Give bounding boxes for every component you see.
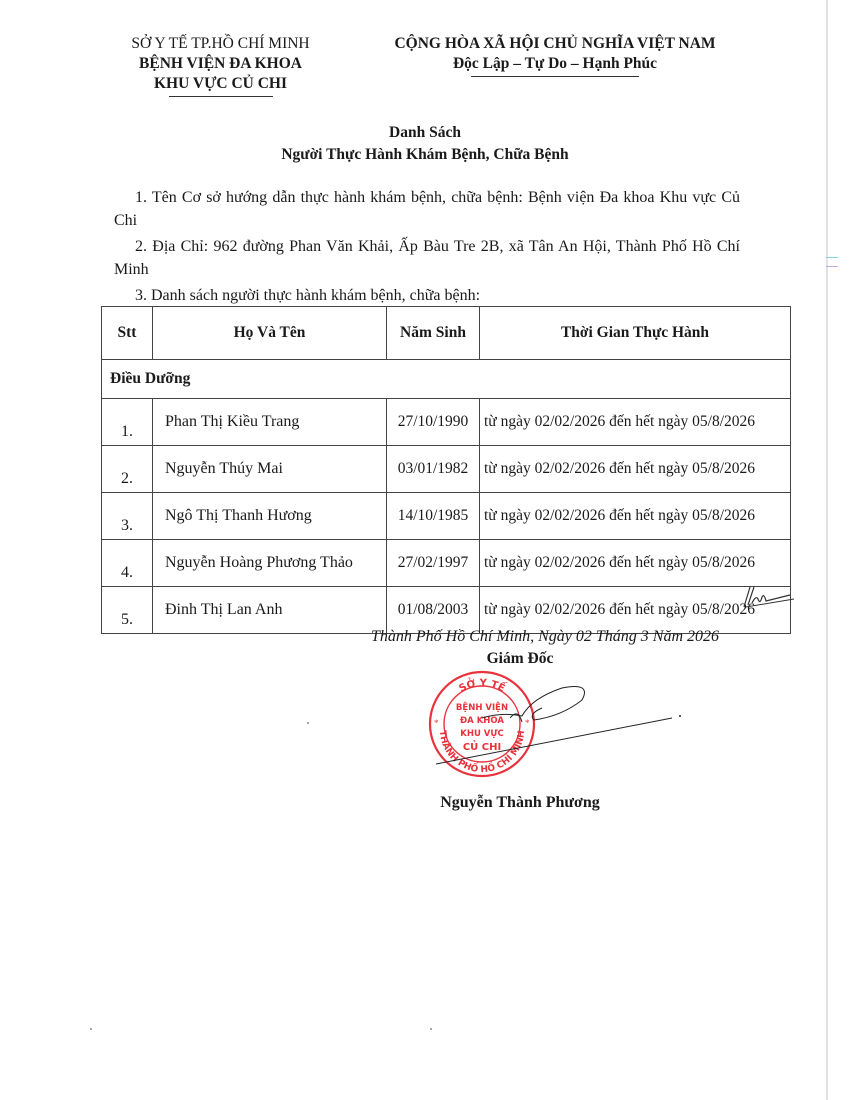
practitioner-table: Stt Họ Và Tên Năm Sinh Thời Gian Thực Hà…: [101, 306, 791, 634]
table-row: 5.Đinh Thị Lan Anh01/08/2003từ ngày 02/0…: [102, 587, 791, 634]
row-stt: 5.: [102, 587, 153, 634]
agency-name-1: BỆNH VIỆN ĐA KHOA: [108, 54, 333, 74]
row-name: Ngô Thị Thanh Hương: [153, 493, 387, 540]
item-3: 3. Danh sách người thực hành khám bệnh, …: [114, 284, 740, 307]
row-name: Nguyễn Hoàng Phương Thảo: [153, 540, 387, 587]
agency-name-2: KHU VỰC CỦ CHI: [108, 74, 333, 94]
svg-text:BỆNH VIỆN: BỆNH VIỆN: [456, 702, 508, 713]
item-number: 2.: [114, 238, 147, 255]
item-2: 2. Địa Chỉ: 962 đường Phan Văn Khải, Ấp …: [114, 235, 740, 281]
motto-underline: [471, 76, 639, 77]
row-stt: 3.: [102, 493, 153, 540]
national-title: CỘNG HÒA XÃ HỘI CHỦ NGHĨA VIỆT NAM: [350, 34, 760, 54]
row-dob: 27/02/1997: [387, 540, 480, 587]
title-line-1: Danh Sách: [100, 122, 750, 144]
table-header-row: Stt Họ Và Tên Năm Sinh Thời Gian Thực Hà…: [102, 307, 791, 360]
table-row: 3.Ngô Thị Thanh Hương14/10/1985từ ngày 0…: [102, 493, 791, 540]
scan-mark: [826, 266, 838, 267]
group-label: Điều Dưỡng: [102, 360, 791, 399]
official-seal: SỞ Y TẾ THÀNH PHỐ HỒ CHÍ MINH BỆNH VIỆN …: [422, 668, 692, 788]
item-1: 1. Tên Cơ sở hướng dẫn thực hành khám bệ…: [114, 186, 740, 232]
item-number: 3.: [114, 287, 147, 304]
signer-name: Nguyễn Thành Phương: [400, 794, 640, 812]
row-stt: 4.: [102, 540, 153, 587]
row-dob: 27/10/1990: [387, 399, 480, 446]
row-dob: 03/01/1982: [387, 446, 480, 493]
item-text: Danh sách người thực hành khám bệnh, chữ…: [151, 287, 480, 304]
initials-mark: [738, 583, 798, 611]
scan-speck: [307, 722, 309, 724]
place-date: Thành Phố Hồ Chí Minh, Ngày 02 Tháng 3 N…: [340, 628, 750, 646]
row-time: từ ngày 02/02/2026 đến hết ngày 05/8/202…: [480, 540, 791, 587]
agency-parent: SỞ Y TẾ TP.HỒ CHÍ MINH: [108, 34, 333, 54]
row-dob: 01/08/2003: [387, 587, 480, 634]
col-name: Họ Và Tên: [153, 307, 387, 360]
row-name: Nguyễn Thúy Mai: [153, 446, 387, 493]
col-stt: Stt: [102, 307, 153, 360]
row-name: Phan Thị Kiều Trang: [153, 399, 387, 446]
row-stt: 1.: [102, 399, 153, 446]
item-text: Tên Cơ sở hướng dẫn thực hành khám bệnh,…: [114, 189, 740, 229]
row-time: từ ngày 02/02/2026 đến hết ngày 05/8/202…: [480, 399, 791, 446]
document-title: Danh Sách Người Thực Hành Khám Bệnh, Chữ…: [100, 122, 750, 166]
table-row: 1.Phan Thị Kiều Trang27/10/1990từ ngày 0…: [102, 399, 791, 446]
scan-edge: [826, 0, 828, 1100]
row-dob: 14/10/1985: [387, 493, 480, 540]
national-motto: Độc Lập – Tự Do – Hạnh Phúc: [350, 54, 760, 74]
col-dob: Năm Sinh: [387, 307, 480, 360]
header-underline: [169, 96, 273, 97]
national-header: CỘNG HÒA XÃ HỘI CHỦ NGHĨA VIỆT NAM Độc L…: [350, 34, 760, 77]
svg-text:*: *: [434, 718, 439, 728]
title-line-2: Người Thực Hành Khám Bệnh, Chữa Bệnh: [100, 144, 750, 166]
group-row: Điều Dưỡng: [102, 360, 791, 399]
item-number: 1.: [114, 189, 147, 206]
col-time: Thời Gian Thực Hành: [480, 307, 791, 360]
item-text: Địa Chỉ: 962 đường Phan Văn Khải, Ấp Bàu…: [114, 238, 740, 278]
table-row: 2.Nguyễn Thúy Mai03/01/1982từ ngày 02/02…: [102, 446, 791, 493]
row-time: từ ngày 02/02/2026 đến hết ngày 05/8/202…: [480, 493, 791, 540]
scan-mark: [826, 257, 838, 258]
svg-text:CỦ CHI: CỦ CHI: [463, 739, 501, 753]
table-row: 4.Nguyễn Hoàng Phương Thảo27/02/1997từ n…: [102, 540, 791, 587]
row-time: từ ngày 02/02/2026 đến hết ngày 05/8/202…: [480, 446, 791, 493]
signer-role: Giám Đốc: [420, 650, 620, 668]
svg-text:*: *: [525, 718, 530, 728]
svg-text:KHU VỰC: KHU VỰC: [460, 729, 503, 739]
scan-speck: [430, 1028, 432, 1030]
svg-text:SỞ Y TẾ: SỞ Y TẾ: [457, 676, 508, 695]
row-stt: 2.: [102, 446, 153, 493]
agency-header: SỞ Y TẾ TP.HỒ CHÍ MINH BỆNH VIỆN ĐA KHOA…: [108, 34, 333, 97]
scan-speck: [90, 1028, 92, 1030]
row-name: Đinh Thị Lan Anh: [153, 587, 387, 634]
